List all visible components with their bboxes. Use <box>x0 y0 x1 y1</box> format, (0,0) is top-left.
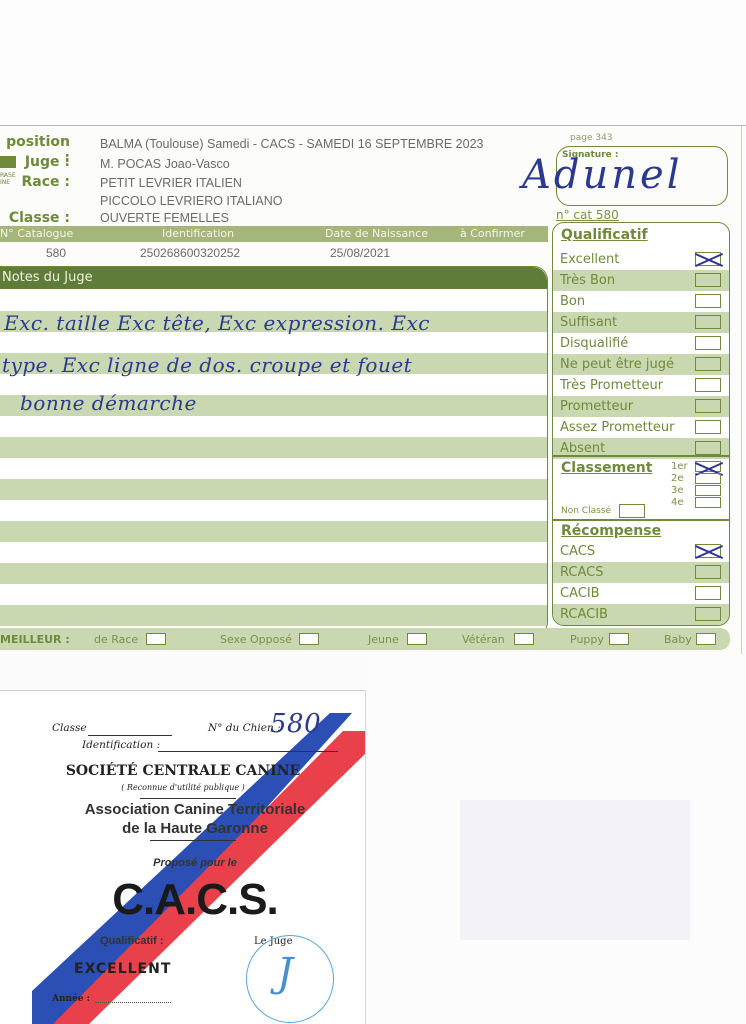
meilleur-label: MEILLEUR : <box>0 633 70 646</box>
card-chien-value: 580 <box>270 709 321 739</box>
race-value-it: PICCOLO LEVRIERO ITALIANO <box>100 194 282 208</box>
annee-line <box>95 1002 171 1003</box>
card-society: SOCIÉTÉ CENTRALE CANINE <box>0 763 366 779</box>
meilleur-checkbox[interactable] <box>299 633 319 645</box>
qualificatif-label: Ne peut être jugé <box>560 357 674 372</box>
qualificatif-checkbox[interactable] <box>695 378 721 392</box>
cat-ref: n° cat 580 <box>556 208 619 222</box>
card-assoc-line2: de la Haute Garonne <box>0 820 366 837</box>
race-label: Race : <box>0 174 70 190</box>
qualificatif-checkbox[interactable] <box>695 399 721 413</box>
col-naissance: Date de Naissance <box>325 226 428 242</box>
juge-value: M. POCAS Joao-Vasco <box>100 157 230 171</box>
recompense-label: CACS <box>560 544 595 559</box>
qualificatif-title: Qualificatif <box>561 227 648 243</box>
col-identification: Identification <box>162 226 234 242</box>
recompense-checkbox[interactable] <box>695 544 721 558</box>
qualificatif-label: Prometteur <box>560 399 633 414</box>
card-title: C.A.C.S. <box>0 875 366 925</box>
col-catalogue: N° Catalogue <box>0 226 73 242</box>
qualificatif-row: Très Bon <box>553 270 729 291</box>
notes-panel: Notes du Juge Exc. taille Exc tête, Exc … <box>0 266 548 636</box>
exposition-value: BALMA (Toulouse) Samedi - CACS - SAMEDI … <box>100 137 483 151</box>
meilleur-checkbox[interactable] <box>407 633 427 645</box>
qualificatif-checkbox[interactable] <box>695 273 721 287</box>
rank-checkbox[interactable] <box>695 473 721 484</box>
card-identification-label: Identification : <box>82 739 160 751</box>
page-ref: page 343 <box>570 133 613 143</box>
qualificatif-label: Assez Prometteur <box>560 420 674 435</box>
qualificatif-row: Suffisant <box>553 312 729 333</box>
qualificatif-row: Disqualifié <box>553 333 729 354</box>
meilleur-checkbox[interactable] <box>609 633 629 645</box>
signature-handwritten: Adunel <box>522 152 682 198</box>
meilleur-option-label: de Race <box>94 633 138 646</box>
qualificatif-row: Assez Prometteur <box>553 417 729 438</box>
meilleur-option-label: Jeune <box>368 633 399 646</box>
recompense-row: RCACIB <box>553 604 729 625</box>
card-qualificatif-value: EXCELLENT <box>74 961 171 977</box>
qualificatif-row: Prometteur <box>553 396 729 417</box>
notes-title: Notes du Juge <box>0 267 547 289</box>
qualificatif-label: Suffisant <box>560 315 617 330</box>
meilleur-bar: MEILLEUR : de RaceSexe OpposéJeuneVétéra… <box>0 628 730 650</box>
notes-line-3: bonne démarche <box>20 391 197 415</box>
catalogue-value: 580 <box>46 246 66 260</box>
qualificatif-checkbox[interactable] <box>695 252 721 266</box>
qualificatif-label: Très Prometteur <box>560 378 663 393</box>
meilleur-checkbox[interactable] <box>696 633 716 645</box>
classe-value: OUVERTE FEMELLES <box>100 211 229 225</box>
card-assoc-line1: Association Canine Territoriale <box>0 801 366 818</box>
qualificatif-row: Très Prometteur <box>553 375 729 396</box>
qualificatif-checkbox[interactable] <box>695 315 721 329</box>
notes-line-1: Exc. taille Exc tête, Exc expression. Ex… <box>4 311 430 335</box>
recompense-label: RCACIB <box>560 607 608 622</box>
classement-title: Classement <box>561 460 652 476</box>
card-qualificatif-label: Qualificatif : <box>100 935 164 947</box>
recompense-checkbox[interactable] <box>695 586 721 600</box>
recompense-checkbox[interactable] <box>695 607 721 621</box>
cacs-card: Classe N° du Chien : 580 Identification … <box>0 690 366 1024</box>
rank-label: 2e <box>671 473 684 484</box>
qualificatif-checkbox[interactable] <box>695 420 721 434</box>
card-society-sub: ( Reconnue d'utilité publique ) <box>0 783 366 792</box>
rank-label: 4e <box>671 497 684 508</box>
card-classe-label: Classe <box>52 722 87 734</box>
blank-page-top <box>0 0 746 126</box>
meilleur-option-label: Sexe Opposé <box>220 633 292 646</box>
qualificatif-label: Absent <box>560 441 605 456</box>
card-propose: Proposé pour le <box>0 857 366 869</box>
results-panel: Qualificatif ExcellentTrès BonBonSuffisa… <box>552 222 730 626</box>
qualificatif-label: Bon <box>560 294 585 309</box>
rank-checkbox[interactable] <box>695 485 721 496</box>
recompense-title: Récompense <box>561 523 661 539</box>
recompense-row: CACS <box>553 541 729 562</box>
recompense-row: RCACS <box>553 562 729 583</box>
qualificatif-label: Excellent <box>560 252 619 267</box>
notes-line-2: type. Exc ligne de dos. croupe et fouet <box>2 353 412 377</box>
non-classe-label: Non Classé <box>561 506 611 516</box>
meilleur-option-label: Baby <box>664 633 692 646</box>
col-confirmer: à Confirmer <box>460 226 525 242</box>
naissance-value: 25/08/2021 <box>330 246 390 260</box>
race-value-fr: PETIT LEVRIER ITALIEN <box>100 176 242 190</box>
qualificatif-row: Excellent <box>553 249 729 270</box>
qualificatif-row: Ne peut être jugé <box>553 354 729 375</box>
card-annee-label: Année : <box>52 994 90 1004</box>
stamp-initial: J <box>277 950 294 996</box>
classe-label: Classe : <box>0 210 70 226</box>
meilleur-checkbox[interactable] <box>146 633 166 645</box>
rank-label: 1er <box>671 461 688 472</box>
identification-value: 250268600320252 <box>140 246 240 260</box>
ghost-print <box>460 800 690 940</box>
non-classe-checkbox[interactable] <box>619 504 645 518</box>
juge-label: Juge : <box>0 154 70 170</box>
qualificatif-label: Disqualifié <box>560 336 628 351</box>
meilleur-checkbox[interactable] <box>514 633 534 645</box>
rank-label: 3e <box>671 485 684 496</box>
meilleur-option-label: Vétéran <box>462 633 505 646</box>
qualificatif-checkbox[interactable] <box>695 441 721 455</box>
qualificatif-label: Très Bon <box>560 273 615 288</box>
recompense-label: CACIB <box>560 586 600 601</box>
judge-stamp-icon: J <box>246 935 334 1023</box>
recompense-label: RCACS <box>560 565 603 580</box>
meilleur-option-label: Puppy <box>570 633 604 646</box>
qualificatif-checkbox[interactable] <box>695 336 721 350</box>
qualificatif-checkbox[interactable] <box>695 294 721 308</box>
recompense-row: CACIB <box>553 583 729 604</box>
rank-checkbox[interactable] <box>695 497 721 508</box>
qualificatif-row: Bon <box>553 291 729 312</box>
recompense-checkbox[interactable] <box>695 565 721 579</box>
rank-checkbox[interactable] <box>695 461 721 472</box>
qualificatif-checkbox[interactable] <box>695 357 721 371</box>
